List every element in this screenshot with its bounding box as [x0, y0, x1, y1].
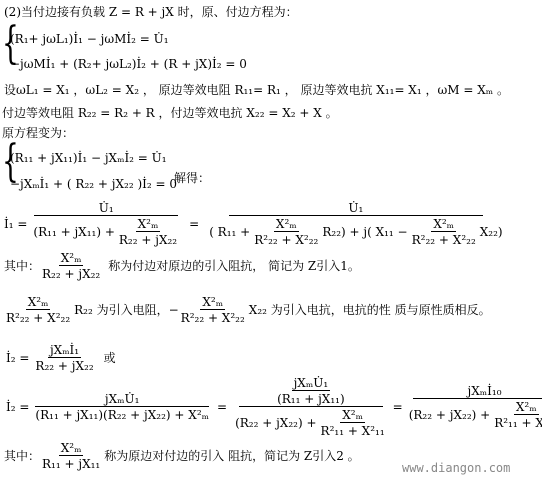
numerator: X²ₘ: [431, 218, 456, 232]
equals-sign: =: [393, 401, 403, 413]
denominator: (R₂₂ + jX₂₂) + X²ₘ R²₁₁ + X²₁₁: [407, 399, 542, 429]
i2-formula-expanded: İ₂ = jXₘU̇₁ (R₁₁ + jX₁₁)(R₂₂ + jX₂₂) + X…: [6, 377, 542, 437]
denominator: (R₂₂ + jX₂₂) + X²ₘ R²₁₁ + X²₁₁: [233, 407, 389, 437]
nested-fraction: jXₘU̇₁ (R₁₁ + jX₁₁): [275, 377, 347, 405]
denominator: ( R₁₁ + X²ₘ R²₂₂ + X²₂₂ R₂₂) + j( X₁₁ − …: [207, 216, 504, 246]
intro-line: (2)当付边接有负载 Z = R + jX 时，原、付边方程为：: [4, 6, 298, 18]
numerator: X²ₘ: [59, 252, 84, 266]
denominator: R₂₂ + jX₂₂: [40, 266, 102, 280]
equation-primary: (R₁+ jωL₁)İ₁ − jωMİ₂ = U̇₁: [10, 33, 169, 45]
numerator: X²ₘ: [514, 401, 539, 415]
denominator: R₂₂ + jX₂₂: [33, 358, 95, 372]
denominator: R₂₂ + jX₂₂: [117, 232, 179, 246]
i2-fraction: jXₘİ₁ R₂₂ + jX₂₂: [33, 344, 95, 372]
equals-sign: =: [189, 218, 199, 230]
note-reflected-impedance-2: 其中： X²ₘ R₁₁ + jX₁₁ 称为原边对付边的引入 阻抗，简记为 Z引入…: [4, 442, 360, 470]
denominator-text: (R₂₂ + jX₂₂) +: [235, 417, 316, 429]
i1-fraction-1: U̇₁ (R₁₁ + jX₁₁) + X²ₘ R₂₂ + jX₂₂: [31, 202, 181, 246]
numerator: jXₘU̇₁: [35, 393, 209, 407]
i2-formula-simple: İ₂ = jXₘİ₁ R₂₂ + jX₂₂ 或: [6, 344, 116, 372]
denominator: R²₂₂ + X²₂₂: [252, 232, 320, 246]
i1-formula: İ₁ = U̇₁ (R₁₁ + jX₁₁) + X²ₘ R₂₂ + jX₂₂ =…: [4, 202, 505, 246]
denominator: (R₁₁ + jX₁₁): [275, 391, 347, 405]
i2-lhs: İ₂ =: [6, 401, 29, 413]
equation-secondary: −jωMİ₁ + (R₂+ jωL₂)İ₂ + (R + jX)İ₂ = 0: [10, 58, 247, 70]
numerator: X²ₘ: [274, 218, 299, 232]
i2-fraction-1: jXₘU̇₁ (R₁₁ + jX₁₁)(R₂₂ + jX₂₂) + X²ₘ: [33, 393, 211, 421]
or-label: 或: [104, 352, 116, 364]
denominator-text: ( R₁₁ +: [209, 226, 250, 238]
i1-lhs: İ₁ =: [4, 218, 27, 230]
i2-fraction-2: jXₘU̇₁ (R₁₁ + jX₁₁) (R₂₂ + jX₂₂) + X²ₘ R…: [233, 377, 389, 437]
denominator: (R₁₁ + jX₁₁)(R₂₂ + jX₂₂) + X²ₘ: [33, 407, 211, 421]
solve-label: 解得：: [174, 172, 210, 184]
note-prefix: 其中：: [4, 260, 40, 272]
reactance-fraction: X²ₘ R²₂₂ + X²₂₂: [179, 296, 247, 324]
definitions-line: 设ωL₁ = X₁ ，ωL₂ = X₂ ， 原边等效电阻 R₁₁= R₁ ， 原…: [4, 84, 509, 96]
denominator: (R₁₁ + jX₁₁) + X²ₘ R₂₂ + jX₂₂: [31, 216, 181, 246]
denominator-text: X₂₂): [480, 226, 503, 238]
numerator: X²ₘ: [59, 442, 84, 456]
denominator-text: (R₁₁ + jX₁₁) +: [33, 226, 114, 238]
denominator: R₁₁ + jX₁₁: [40, 456, 102, 470]
denominator: R²₁₁ + X²₁₁: [492, 415, 542, 429]
nested-fraction: X²ₘ R₂₂ + jX₂₂: [117, 218, 179, 246]
numerator: jXₘİ₁₀: [413, 385, 542, 399]
numerator: U̇₁: [34, 202, 178, 216]
note-suffix: 称为原边对付边的引入 阻抗，简记为 Z引入2 。: [104, 450, 359, 462]
note-text: X₂₂ 为引入电抗，电抗的性 质与原性质相反。: [249, 304, 491, 316]
denominator: R²₂₂ + X²₂₂: [179, 310, 247, 324]
i1-fraction-2: U̇₁ ( R₁₁ + X²ₘ R²₂₂ + X²₂₂ R₂₂) + j( X₁…: [207, 202, 504, 246]
equation-secondary-2: −jXₘİ₁ + ( R₂₂ + jX₂₂ )İ₂ = 0: [10, 178, 177, 190]
denominator-text: R₂₂) + j( X₁₁ −: [322, 226, 407, 238]
resistance-fraction: X²ₘ R²₂₂ + X²₂₂: [4, 296, 72, 324]
numerator: jXₘU̇₁ (R₁₁ + jX₁₁): [239, 377, 383, 407]
denominator: R²₂₂ + X²₂₂: [410, 232, 478, 246]
numerator: X²ₘ: [340, 409, 365, 423]
numerator: jXₘİ₁: [48, 344, 81, 358]
nested-fraction: X²ₘ R²₂₂ + X²₂₂: [410, 218, 478, 246]
numerator: X²ₘ: [136, 218, 161, 232]
numerator: X²ₘ: [200, 296, 225, 310]
note-prefix: 其中：: [4, 450, 40, 462]
equals-sign: =: [217, 401, 227, 413]
note-fraction: X²ₘ R₁₁ + jX₁₁: [40, 442, 102, 470]
note-suffix: 称为付边对原边的引入阻抗， 简记为 Z引入1。: [108, 260, 360, 272]
note-fraction: X²ₘ R₂₂ + jX₂₂: [40, 252, 102, 280]
nested-fraction: X²ₘ R²₁₁ + X²₁₁: [319, 409, 387, 437]
numerator: U̇₁: [229, 202, 483, 216]
watermark: www.diangon.com: [402, 462, 510, 474]
i2-fraction-3: jXₘİ₁₀ (R₂₂ + jX₂₂) + X²ₘ R²₁₁ + X²₁₁: [407, 385, 542, 429]
denominator: R²₁₁ + X²₁₁: [319, 423, 387, 437]
denominator-text: (R₂₂ + jX₂₂) +: [409, 409, 490, 421]
nested-fraction: X²ₘ R²₂₂ + X²₂₂: [252, 218, 320, 246]
secondary-definitions-line: 付边等效电阻 R₂₂ = R₂ + R ，付边等效电抗 X₂₂ = X₂ + X…: [2, 107, 338, 119]
equation-primary-2: (R₁₁ + jX₁₁)İ₁ − jXₘİ₂ = U̇₁: [10, 152, 167, 164]
numerator: X²ₘ: [26, 296, 51, 310]
numerator: jXₘU̇₁: [292, 377, 331, 391]
note-text: R₂₂ 为引入电阻，−: [74, 304, 179, 316]
i2-lhs: İ₂ =: [6, 352, 29, 364]
note-reflected-resistance-reactance: X²ₘ R²₂₂ + X²₂₂ R₂₂ 为引入电阻，− X²ₘ R²₂₂ + X…: [4, 296, 491, 324]
nested-fraction: X²ₘ R²₁₁ + X²₁₁: [492, 401, 542, 429]
denominator: R²₂₂ + X²₂₂: [4, 310, 72, 324]
note-reflected-impedance-1: 其中： X²ₘ R₂₂ + jX₂₂ 称为付边对原边的引入阻抗， 简记为 Z引入…: [4, 252, 360, 280]
